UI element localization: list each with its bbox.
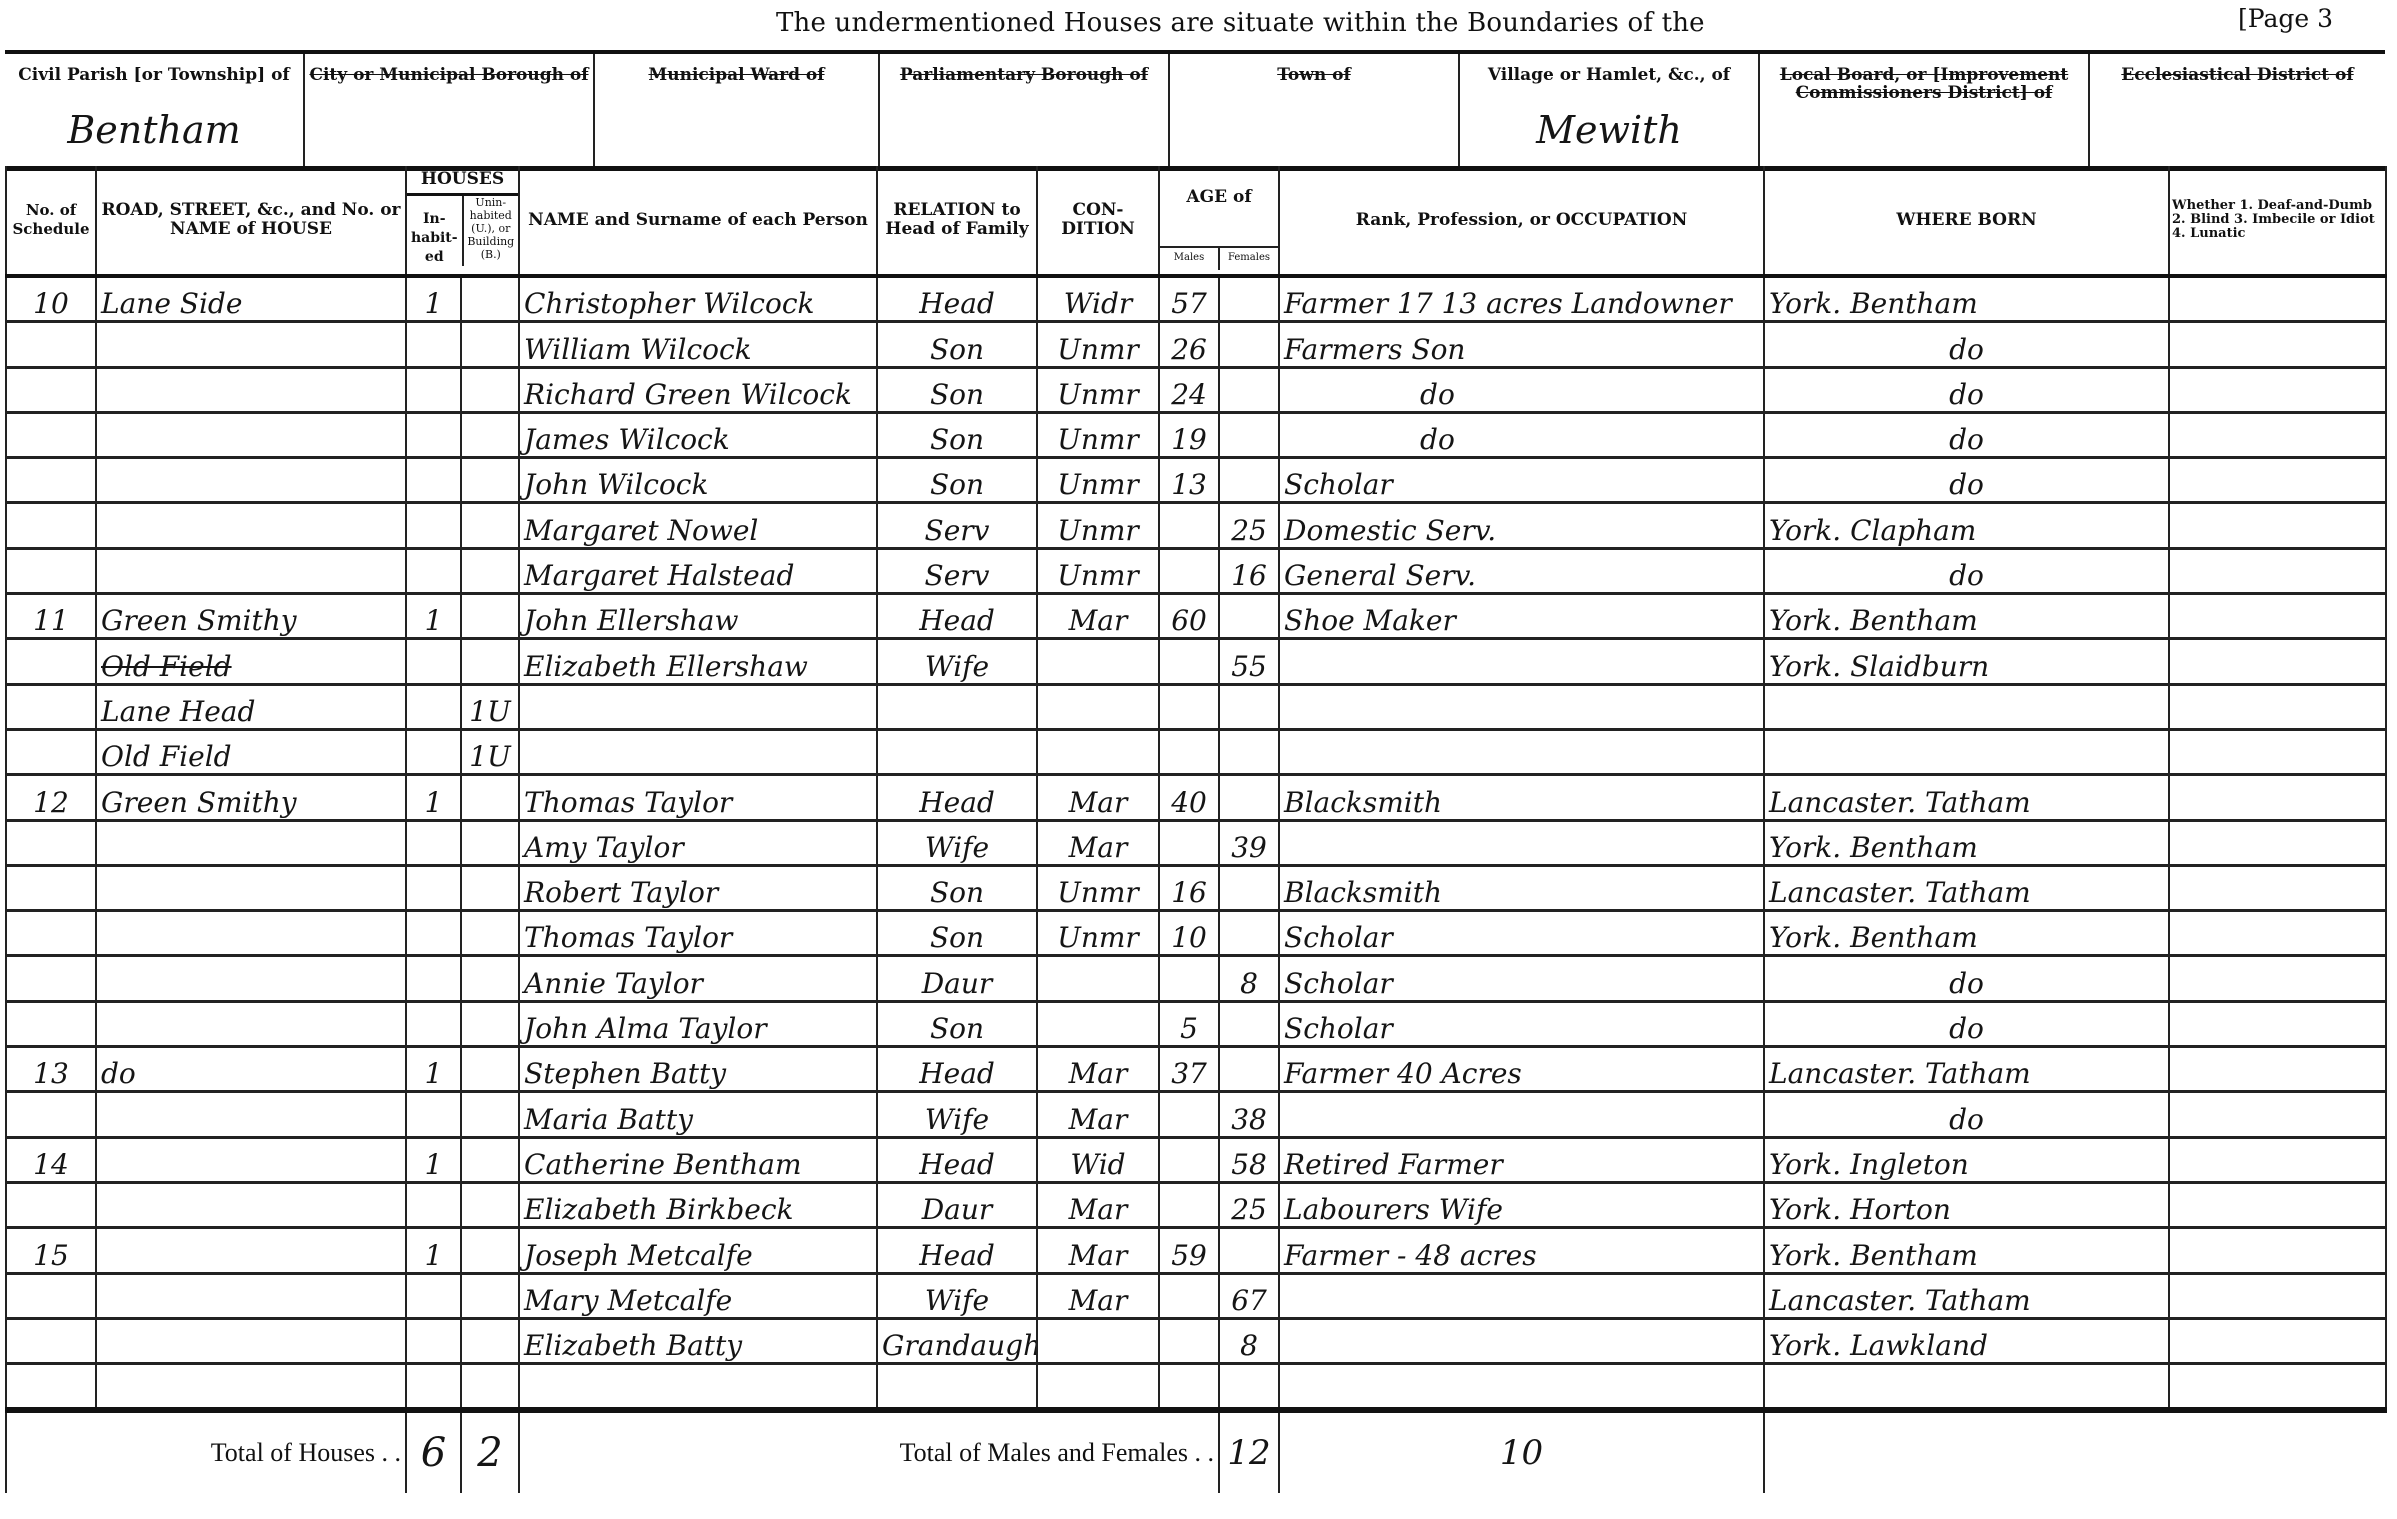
female-age-cell: [1219, 684, 1279, 729]
schedule-no-cell: [6, 1273, 96, 1318]
male-age-cell: 57: [1159, 276, 1219, 322]
infirmity-cell: [2169, 1047, 2386, 1092]
person-name-cell: Elizabeth Birkbeck: [519, 1182, 877, 1227]
where-born-cell: York. Bentham: [1764, 594, 2169, 639]
male-age-cell: 60: [1159, 594, 1219, 639]
schedule-no-cell: [6, 1182, 96, 1227]
inhabited-cell: [406, 639, 461, 684]
occupation-cell: Farmers Son: [1279, 322, 1764, 367]
table-row: 151Joseph MetcalfeHeadMar59Farmer - 48 a…: [6, 1228, 2386, 1273]
occupation-cell: Labourers Wife: [1279, 1182, 1764, 1227]
col-infirmity: Whether 1. Deaf-and-Dumb 2. Blind 3. Imb…: [2169, 166, 2386, 276]
inhabited-cell: [406, 548, 461, 593]
table-row: Annie TaylorDaur8Scholardo: [6, 956, 2386, 1001]
house-name-cell: [96, 548, 406, 593]
house-name-cell: Green Smithy: [96, 594, 406, 639]
condition-cell: [1037, 1001, 1159, 1046]
heading-text: The undermentioned Houses are situate wi…: [776, 8, 1705, 38]
occupation-cell: Farmer 17 13 acres Landowner: [1279, 276, 1764, 322]
relation-cell: Serv: [877, 548, 1037, 593]
condition-cell: Unmr: [1037, 367, 1159, 412]
infirmity-cell: [2169, 276, 2386, 322]
relation-cell: Son: [877, 1001, 1037, 1046]
table-row: [6, 1364, 2386, 1411]
infirmity-cell: [2169, 503, 2386, 548]
inhabited-cell: [406, 865, 461, 910]
male-age-cell: 24: [1159, 367, 1219, 412]
total-females: 10: [1279, 1410, 1764, 1493]
uninhabited-cell: [461, 548, 519, 593]
female-age-cell: [1219, 729, 1279, 774]
male-age-cell: [1159, 1137, 1219, 1182]
inhabited-cell: [406, 1182, 461, 1227]
inhabited-cell: [406, 458, 461, 503]
inhabited-cell: [406, 684, 461, 729]
person-name-cell: Elizabeth Ellershaw: [519, 639, 877, 684]
inhabited-cell: 1: [406, 594, 461, 639]
occupation-cell: Scholar: [1279, 458, 1764, 503]
where-born-cell: do: [1764, 367, 2169, 412]
relation-cell: Son: [877, 412, 1037, 457]
where-born-cell: York. Bentham: [1764, 911, 2169, 956]
uninhabited-cell: [461, 322, 519, 367]
infirmity-cell: [2169, 1273, 2386, 1318]
occupation-cell: do: [1279, 412, 1764, 457]
relation-cell: Daur: [877, 956, 1037, 1001]
person-name-cell: Thomas Taylor: [519, 911, 877, 956]
house-name-cell: [96, 1364, 406, 1411]
female-age-cell: [1219, 594, 1279, 639]
col-name: NAME and Surname of each Person: [519, 166, 877, 276]
relation-cell: Wife: [877, 639, 1037, 684]
schedule-no-cell: [6, 367, 96, 412]
locality-label: Civil Parish [or Township] of: [5, 54, 303, 84]
occupation-cell: [1279, 1273, 1764, 1318]
uninhabited-cell: [461, 775, 519, 820]
person-name-cell: Annie Taylor: [519, 956, 877, 1001]
condition-cell: [1037, 956, 1159, 1001]
house-name-cell: Old Field: [96, 729, 406, 774]
schedule-no-cell: [6, 865, 96, 910]
house-name-cell: [96, 503, 406, 548]
person-name-cell: Stephen Batty: [519, 1047, 877, 1092]
infirmity-cell: [2169, 865, 2386, 910]
inhabited-cell: 1: [406, 1228, 461, 1273]
male-age-cell: 26: [1159, 322, 1219, 367]
totals-blank: [1764, 1410, 2386, 1493]
uninhabited-cell: [461, 1137, 519, 1182]
house-name-cell: [96, 458, 406, 503]
locality-field: Town of: [1170, 54, 1460, 166]
female-age-cell: 38: [1219, 1092, 1279, 1137]
condition-cell: Mar: [1037, 1228, 1159, 1273]
schedule-no-cell: 10: [6, 276, 96, 322]
table-row: Lane Head1U: [6, 684, 2386, 729]
locality-field: Parliamentary Borough of: [880, 54, 1170, 166]
where-born-cell: Lancaster. Tatham: [1764, 865, 2169, 910]
total-uninhabited: 2: [461, 1410, 519, 1493]
house-name-cell: [96, 322, 406, 367]
where-born-cell: [1764, 729, 2169, 774]
uninhabited-cell: 1U: [461, 684, 519, 729]
person-name-cell: Richard Green Wilcock: [519, 367, 877, 412]
where-born-cell: York. Lawkland: [1764, 1318, 2169, 1363]
schedule-no-cell: [6, 412, 96, 457]
schedule-no-cell: 12: [6, 775, 96, 820]
relation-cell: Son: [877, 911, 1037, 956]
person-name-cell: Joseph Metcalfe: [519, 1228, 877, 1273]
infirmity-cell: [2169, 412, 2386, 457]
table-row: John Alma TaylorSon5Scholardo: [6, 1001, 2386, 1046]
occupation-cell: Farmer - 48 acres: [1279, 1228, 1764, 1273]
schedule-no-cell: 11: [6, 594, 96, 639]
female-age-cell: [1219, 775, 1279, 820]
person-name-cell: John Alma Taylor: [519, 1001, 877, 1046]
person-name-cell: John Wilcock: [519, 458, 877, 503]
where-born-cell: do: [1764, 412, 2169, 457]
uninhabited-cell: [461, 1228, 519, 1273]
where-born-cell: do: [1764, 1001, 2169, 1046]
locality-label: Ecclesiastical District of: [2090, 54, 2385, 84]
inhabited-cell: [406, 1318, 461, 1363]
person-name-cell: Christopher Wilcock: [519, 276, 877, 322]
person-name-cell: [519, 729, 877, 774]
inhabited-cell: [406, 1001, 461, 1046]
house-name-cell: [96, 911, 406, 956]
house-name-cell: Green Smithy: [96, 775, 406, 820]
house-name-cell: [96, 1318, 406, 1363]
table-row: William WilcockSonUnmr26Farmers Sondo: [6, 322, 2386, 367]
house-name-cell: [96, 367, 406, 412]
age-label: AGE of: [1160, 166, 1278, 246]
male-age-cell: 13: [1159, 458, 1219, 503]
house-name-cell: [96, 1182, 406, 1227]
female-age-cell: [1219, 458, 1279, 503]
male-age-cell: [1159, 820, 1219, 865]
relation-cell: Son: [877, 458, 1037, 503]
female-age-cell: [1219, 367, 1279, 412]
schedule-no-cell: 13: [6, 1047, 96, 1092]
condition-cell: [1037, 1318, 1159, 1363]
totals-row: Total of Houses . . 6 2 Total of Males a…: [6, 1410, 2386, 1493]
where-born-cell: do: [1764, 322, 2169, 367]
occupation-cell: [1279, 1364, 1764, 1411]
infirmity-cell: [2169, 1228, 2386, 1273]
condition-cell: Unmr: [1037, 503, 1159, 548]
infirmity-cell: [2169, 1092, 2386, 1137]
uninhabited-cell: [461, 820, 519, 865]
condition-cell: Unmr: [1037, 322, 1159, 367]
condition-cell: [1037, 639, 1159, 684]
condition-cell: Unmr: [1037, 458, 1159, 503]
schedule-no-cell: [6, 684, 96, 729]
person-name-cell: Margaret Halstead: [519, 548, 877, 593]
occupation-cell: Shoe Maker: [1279, 594, 1764, 639]
where-born-cell: Lancaster. Tatham: [1764, 1273, 2169, 1318]
col-uninhabited: Unin-habited (U.), or Building (B.): [464, 196, 519, 266]
where-born-cell: Lancaster. Tatham: [1764, 775, 2169, 820]
infirmity-cell: [2169, 956, 2386, 1001]
locality-label: City or Municipal Borough of: [305, 54, 593, 84]
occupation-cell: do: [1279, 367, 1764, 412]
occupation-cell: Domestic Serv.: [1279, 503, 1764, 548]
table-row: Amy TaylorWifeMar39York. Bentham: [6, 820, 2386, 865]
table-row: Maria BattyWifeMar38do: [6, 1092, 2386, 1137]
locality-label: Village or Hamlet, &c., of: [1460, 54, 1758, 84]
locality-label: Municipal Ward of: [595, 54, 878, 84]
house-name-cell: [96, 1228, 406, 1273]
male-age-cell: 5: [1159, 1001, 1219, 1046]
house-name-cell: [96, 865, 406, 910]
male-age-cell: [1159, 503, 1219, 548]
person-name-cell: [519, 1364, 877, 1411]
relation-cell: [877, 1364, 1037, 1411]
female-age-cell: [1219, 412, 1279, 457]
schedule-no-cell: [6, 729, 96, 774]
inhabited-cell: [406, 503, 461, 548]
relation-cell: Son: [877, 322, 1037, 367]
condition-cell: Unmr: [1037, 548, 1159, 593]
uninhabited-cell: [461, 911, 519, 956]
table-row: 12Green Smithy1Thomas TaylorHeadMar40Bla…: [6, 775, 2386, 820]
person-name-cell: [519, 684, 877, 729]
inhabited-cell: [406, 322, 461, 367]
occupation-cell: Scholar: [1279, 1001, 1764, 1046]
table-row: John WilcockSonUnmr13Scholardo: [6, 458, 2386, 503]
condition-cell: Mar: [1037, 1092, 1159, 1137]
condition-cell: Unmr: [1037, 911, 1159, 956]
female-age-cell: [1219, 1228, 1279, 1273]
where-born-cell: York. Slaidburn: [1764, 639, 2169, 684]
relation-cell: Wife: [877, 820, 1037, 865]
male-age-cell: 59: [1159, 1228, 1219, 1273]
where-born-cell: do: [1764, 956, 2169, 1001]
locality-label: Town of: [1170, 54, 1458, 84]
relation-cell: Grandaughter: [877, 1318, 1037, 1363]
house-name-cell: [96, 820, 406, 865]
female-age-cell: 25: [1219, 503, 1279, 548]
where-born-cell: do: [1764, 548, 2169, 593]
inhabited-cell: 1: [406, 276, 461, 322]
where-born-cell: York. Ingleton: [1764, 1137, 2169, 1182]
person-name-cell: Thomas Taylor: [519, 775, 877, 820]
table-row: Richard Green WilcockSonUnmr24dodo: [6, 367, 2386, 412]
uninhabited-cell: [461, 276, 519, 322]
locality-header: Civil Parish [or Township] ofBenthamCity…: [5, 50, 2385, 171]
table-row: 13do1Stephen BattyHeadMar37Farmer 40 Acr…: [6, 1047, 2386, 1092]
female-age-cell: [1219, 911, 1279, 956]
condition-cell: Mar: [1037, 1047, 1159, 1092]
schedule-no-cell: [6, 911, 96, 956]
male-age-cell: [1159, 1318, 1219, 1363]
locality-value: Mewith: [1460, 108, 1758, 152]
col-relation: RELATION to Head of Family: [877, 166, 1037, 276]
col-road: ROAD, STREET, &c., and No. or NAME of HO…: [96, 166, 406, 276]
occupation-cell: Retired Farmer: [1279, 1137, 1764, 1182]
occupation-cell: Scholar: [1279, 911, 1764, 956]
uninhabited-cell: [461, 1364, 519, 1411]
table-row: Elizabeth BirkbeckDaurMar25Labourers Wif…: [6, 1182, 2386, 1227]
person-name-cell: Margaret Nowel: [519, 503, 877, 548]
schedule-no-cell: [6, 1364, 96, 1411]
col-inhabited: In-habit-ed: [407, 196, 464, 266]
relation-cell: Head: [877, 594, 1037, 639]
female-age-cell: [1219, 276, 1279, 322]
relation-cell: Wife: [877, 1273, 1037, 1318]
col-occupation: Rank, Profession, or OCCUPATION: [1279, 166, 1764, 276]
locality-field: Civil Parish [or Township] ofBentham: [5, 54, 305, 166]
relation-cell: [877, 729, 1037, 774]
schedule-no-cell: [6, 322, 96, 367]
where-born-cell: York. Bentham: [1764, 820, 2169, 865]
house-name-cell: [96, 956, 406, 1001]
inhabited-cell: [406, 367, 461, 412]
uninhabited-cell: [461, 458, 519, 503]
infirmity-cell: [2169, 684, 2386, 729]
locality-label: Parliamentary Borough of: [880, 54, 1168, 84]
male-age-cell: [1159, 1364, 1219, 1411]
person-name-cell: Elizabeth Batty: [519, 1318, 877, 1363]
condition-cell: Widr: [1037, 276, 1159, 322]
relation-cell: Head: [877, 1137, 1037, 1182]
page-number: [Page 3: [2238, 4, 2333, 33]
occupation-cell: Scholar: [1279, 956, 1764, 1001]
occupation-cell: Blacksmith: [1279, 865, 1764, 910]
female-age-cell: [1219, 1364, 1279, 1411]
infirmity-cell: [2169, 1318, 2386, 1363]
table-row: 10Lane Side1Christopher WilcockHeadWidr5…: [6, 276, 2386, 322]
schedule-no-cell: [6, 639, 96, 684]
male-age-cell: [1159, 639, 1219, 684]
uninhabited-cell: [461, 1273, 519, 1318]
uninhabited-cell: [461, 639, 519, 684]
condition-cell: Wid: [1037, 1137, 1159, 1182]
where-born-cell: York. Clapham: [1764, 503, 2169, 548]
uninhabited-cell: [461, 865, 519, 910]
table-row: James WilcockSonUnmr19dodo: [6, 412, 2386, 457]
female-age-cell: 58: [1219, 1137, 1279, 1182]
table-row: Elizabeth BattyGrandaughter8York. Lawkla…: [6, 1318, 2386, 1363]
condition-cell: Unmr: [1037, 412, 1159, 457]
infirmity-cell: [2169, 594, 2386, 639]
occupation-cell: [1279, 1318, 1764, 1363]
male-age-cell: 10: [1159, 911, 1219, 956]
relation-cell: Head: [877, 276, 1037, 322]
infirmity-cell: [2169, 1001, 2386, 1046]
infirmity-cell: [2169, 548, 2386, 593]
table-row: Margaret HalsteadServUnmr16General Serv.…: [6, 548, 2386, 593]
house-name-cell: Lane Side: [96, 276, 406, 322]
male-age-cell: 40: [1159, 775, 1219, 820]
schedule-no-cell: [6, 458, 96, 503]
where-born-cell: [1764, 684, 2169, 729]
infirmity-cell: [2169, 1137, 2386, 1182]
uninhabited-cell: [461, 1001, 519, 1046]
schedule-no-cell: [6, 820, 96, 865]
condition-cell: Mar: [1037, 594, 1159, 639]
inhabited-cell: [406, 729, 461, 774]
col-age: AGE of Males Females: [1159, 166, 1279, 276]
schedule-no-cell: [6, 1318, 96, 1363]
locality-field: Local Board, or [Improvement Commissione…: [1760, 54, 2090, 166]
condition-cell: Mar: [1037, 775, 1159, 820]
infirmity-cell: [2169, 639, 2386, 684]
table-row: Margaret NowelServUnmr25Domestic Serv.Yo…: [6, 503, 2386, 548]
locality-field: Village or Hamlet, &c., ofMewith: [1460, 54, 1760, 166]
uninhabited-cell: [461, 1318, 519, 1363]
uninhabited-cell: [461, 503, 519, 548]
male-age-cell: [1159, 548, 1219, 593]
relation-cell: Son: [877, 865, 1037, 910]
relation-cell: Head: [877, 775, 1037, 820]
inhabited-cell: 1: [406, 775, 461, 820]
infirmity-cell: [2169, 1182, 2386, 1227]
female-age-cell: 67: [1219, 1273, 1279, 1318]
uninhabited-cell: 1U: [461, 729, 519, 774]
infirmity-cell: [2169, 911, 2386, 956]
col-schedule: No. of Schedule: [6, 166, 96, 276]
table-row: Old FieldElizabeth EllershawWife55York. …: [6, 639, 2386, 684]
where-born-cell: [1764, 1364, 2169, 1411]
total-males: 12: [1219, 1410, 1279, 1493]
infirmity-cell: [2169, 820, 2386, 865]
locality-field: Ecclesiastical District of: [2090, 54, 2385, 166]
relation-cell: Head: [877, 1228, 1037, 1273]
house-name-cell: [96, 412, 406, 457]
person-name-cell: Robert Taylor: [519, 865, 877, 910]
table-row: 11Green Smithy1John EllershawHeadMar60Sh…: [6, 594, 2386, 639]
female-age-cell: [1219, 1001, 1279, 1046]
person-name-cell: William Wilcock: [519, 322, 877, 367]
occupation-cell: General Serv.: [1279, 548, 1764, 593]
female-age-cell: [1219, 322, 1279, 367]
col-condition: CON-DITION: [1037, 166, 1159, 276]
schedule-no-cell: [6, 1092, 96, 1137]
infirmity-cell: [2169, 458, 2386, 503]
uninhabited-cell: [461, 412, 519, 457]
house-name-cell: do: [96, 1047, 406, 1092]
male-age-cell: [1159, 1273, 1219, 1318]
condition-cell: Mar: [1037, 1182, 1159, 1227]
schedule-no-cell: [6, 503, 96, 548]
condition-cell: [1037, 729, 1159, 774]
column-headers: No. of Schedule ROAD, STREET, &c., and N…: [6, 166, 2386, 276]
male-age-cell: [1159, 729, 1219, 774]
occupation-cell: [1279, 820, 1764, 865]
where-born-cell: York. Horton: [1764, 1182, 2169, 1227]
male-age-cell: [1159, 956, 1219, 1001]
house-name-cell: [96, 1092, 406, 1137]
inhabited-cell: [406, 1273, 461, 1318]
schedule-no-cell: [6, 548, 96, 593]
locality-value: Bentham: [5, 108, 303, 152]
infirmity-cell: [2169, 775, 2386, 820]
uninhabited-cell: [461, 1092, 519, 1137]
infirmity-cell: [2169, 322, 2386, 367]
where-born-cell: York. Bentham: [1764, 276, 2169, 322]
female-age-cell: 16: [1219, 548, 1279, 593]
where-born-cell: Lancaster. Tatham: [1764, 1047, 2169, 1092]
schedule-no-cell: 15: [6, 1228, 96, 1273]
table-row: Thomas TaylorSonUnmr10ScholarYork. Benth…: [6, 911, 2386, 956]
person-name-cell: Mary Metcalfe: [519, 1273, 877, 1318]
relation-cell: Son: [877, 367, 1037, 412]
female-age-cell: [1219, 865, 1279, 910]
locality-field: Municipal Ward of: [595, 54, 880, 166]
inhabited-cell: [406, 412, 461, 457]
condition-cell: Mar: [1037, 820, 1159, 865]
schedule-no-cell: [6, 956, 96, 1001]
